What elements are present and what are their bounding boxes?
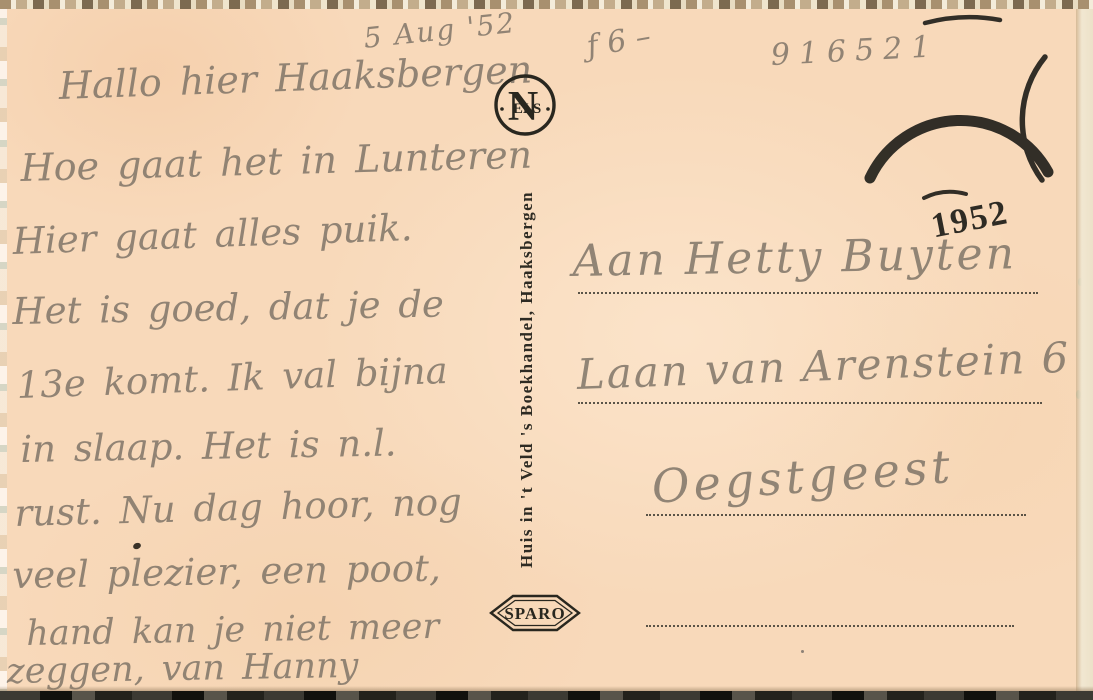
message-line: rust. Nu dag hoor, nog [14, 480, 462, 535]
message-line: Hoe gaat het in Lunteren [20, 133, 533, 190]
message-line: veel plezier, een poot, [12, 547, 441, 597]
sparo-logo-icon: SPARO [489, 591, 581, 635]
address-dotted-line [646, 625, 1014, 627]
card-top-deckle-edge [0, 0, 1093, 9]
message-line: hand kan je niet meer [26, 607, 440, 654]
message-line: Het is goed, dat je de [12, 282, 444, 333]
card-bottom-edge [0, 691, 1093, 700]
postcard-back: 5 Aug '52 ƒ 6 – 916521 Hallo hier Haaksb… [0, 0, 1093, 700]
publisher-imprint: Huis in 't Veld 's Boekhandel, Haaksberg… [517, 140, 543, 568]
card-left-edge [0, 0, 7, 700]
sparo-logo-label: SPARO [504, 604, 565, 623]
message-line: Hier gaat alles puik. [12, 206, 413, 263]
nels-logo-icon: N ELS [493, 73, 557, 137]
pencil-dot [801, 650, 804, 653]
address-line: Laan van Arenstein 6 [576, 333, 1071, 399]
date-annotation: 5 Aug '52 [362, 6, 518, 55]
address-line: Aan Hetty Buyten [572, 228, 1017, 287]
price-annotation: ƒ 6 – [584, 19, 653, 65]
message-line: in slaap. Het is n.l. [20, 421, 397, 471]
ink-blot [132, 542, 142, 550]
message-line: 13e komt. Ik val bijna [16, 349, 448, 407]
nels-logo-els: ELS [513, 101, 541, 117]
address-dotted-line [646, 514, 1026, 516]
message-line: Hallo hier Haaksbergen [58, 47, 533, 108]
card-right-edge [1076, 0, 1093, 700]
address-dotted-line [578, 292, 1038, 294]
address-dotted-line [578, 402, 1042, 404]
address-line: Oegstgeest [650, 439, 955, 514]
inventory-number-annotation: 916521 [770, 29, 940, 73]
